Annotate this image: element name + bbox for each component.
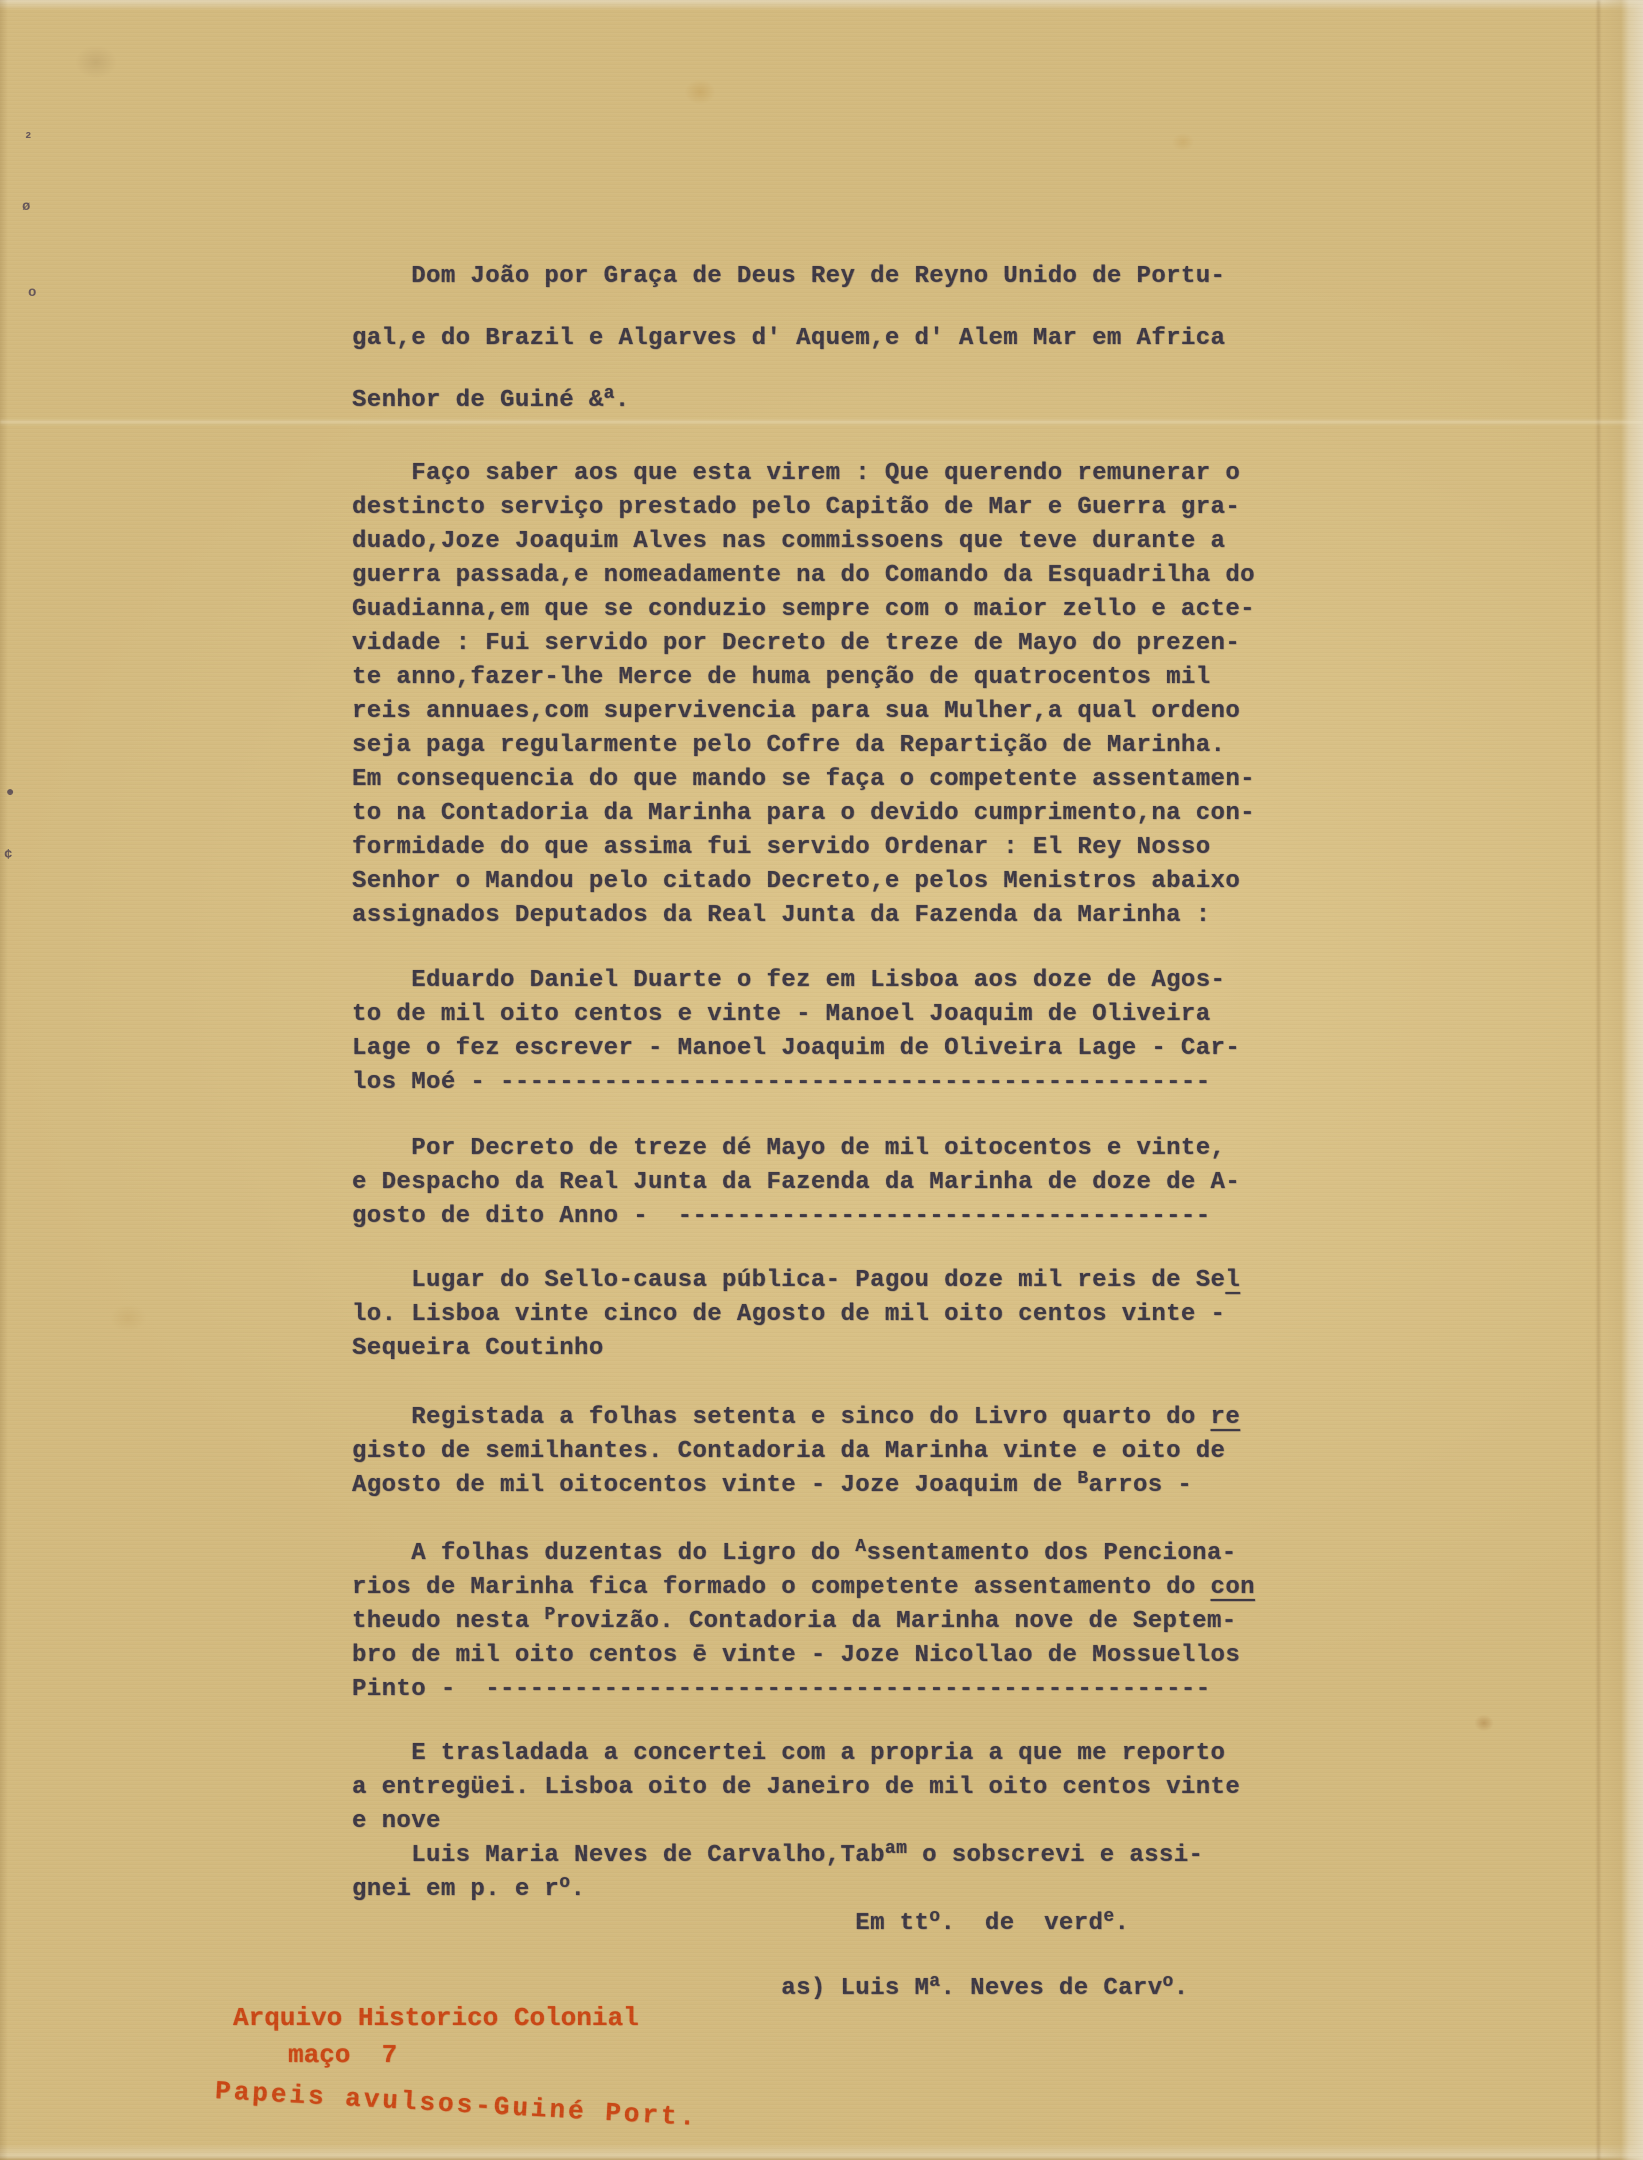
paper-speck: ●: [6, 786, 14, 800]
text-line: Agosto de mil oitocentos vinte - Joze Jo…: [352, 1469, 1643, 1503]
text-line: Registada a folhas setenta e sinco do Li…: [352, 1401, 1643, 1435]
text-line: as) Luis Ma. Neves de Carvo.: [352, 1972, 1643, 2006]
text-line: lo. Lisboa vinte cinco de Agosto de mil …: [352, 1298, 1643, 1332]
text-line: gosto de dito Anno - -------------------…: [352, 1200, 1643, 1234]
text-line: bro de mil oito centos ē vinte - Joze Ni…: [352, 1639, 1643, 1673]
text-line: e nove: [352, 1805, 1643, 1839]
text-line: formidade do que assima fui servido Orde…: [352, 831, 1643, 865]
text-line: gnei em p. e ro.: [352, 1873, 1643, 1907]
stamp-bundle-number: maço 7: [288, 2040, 397, 2070]
text-line: to na Contadoria da Marinha para o devid…: [352, 797, 1643, 831]
stamp-collection-name: Papeis avulsos-Guiné Port.: [214, 2076, 699, 2133]
text-line: gal,e do Brazil e Algarves d' Aquem,e d'…: [352, 308, 1643, 370]
document-text: Dom João por Graça de Deus Rey de Reyno …: [352, 246, 1643, 2006]
text-line: Pinto - --------------------------------…: [352, 1673, 1643, 1707]
text-line: destincto serviço prestado pelo Capitão …: [352, 491, 1643, 525]
paper-speck: ²: [24, 132, 32, 146]
text-line: E trasladada a concertei com a propria a…: [352, 1737, 1643, 1771]
text-line: guerra passada,e nomeadamente na do Coma…: [352, 559, 1643, 593]
text-line: to de mil oito centos e vinte - Manoel J…: [352, 998, 1643, 1032]
text-line: theudo nesta Provizão. Contadoria da Mar…: [352, 1605, 1643, 1639]
text-line: rios de Marinha fica formado o competent…: [352, 1571, 1643, 1605]
text-line: Faço saber aos que esta virem : Que quer…: [352, 457, 1643, 491]
paper-speck: ¢: [4, 848, 12, 862]
text-line: Senhor o Mandou pelo citado Decreto,e pe…: [352, 865, 1643, 899]
text-line: reis annuaes,com supervivencia para sua …: [352, 695, 1643, 729]
assentamento-paragraph: A folhas duzentas do Ligro do Assentamen…: [352, 1537, 1643, 1707]
text-line: seja paga regularmente pelo Cofre da Rep…: [352, 729, 1643, 763]
registration-paragraph: Registada a folhas setenta e sinco do Li…: [352, 1401, 1643, 1503]
text-line: Por Decreto de treze dé Mayo de mil oito…: [352, 1132, 1643, 1166]
attestation-paragraph: E trasladada a concertei com a propria a…: [352, 1737, 1643, 1907]
witness-formula: Em tto. de verde.: [352, 1907, 1643, 1941]
paper-speck: ø: [22, 200, 30, 214]
decree-reference: Por Decreto de treze dé Mayo de mil oito…: [352, 1132, 1643, 1234]
text-line: Luis Maria Neves de Carvalho,Tabam o sob…: [352, 1839, 1643, 1873]
text-line: te anno,fazer-lhe Merce de huma penção d…: [352, 661, 1643, 695]
paper-speck: o: [28, 286, 36, 300]
text-line: Lage o fez escrever - Manoel Joaquim de …: [352, 1032, 1643, 1066]
text-line: Em tto. de verde.: [352, 1907, 1643, 1941]
royal-heading: Dom João por Graça de Deus Rey de Reyno …: [352, 246, 1643, 432]
text-line: A folhas duzentas do Ligro do Assentamen…: [352, 1537, 1643, 1571]
text-line: Senhor de Guiné &a.: [352, 370, 1643, 432]
text-line: a entregüei. Lisboa oito de Janeiro de m…: [352, 1771, 1643, 1805]
text-line: assignados Deputados da Real Junta da Fa…: [352, 899, 1643, 933]
text-line: vidade : Fui servido por Decreto de trez…: [352, 627, 1643, 661]
text-line: los Moé - ------------------------------…: [352, 1066, 1643, 1100]
text-line: Eduardo Daniel Duarte o fez em Lisboa ao…: [352, 964, 1643, 998]
text-line: duado,Joze Joaquim Alves nas commissoens…: [352, 525, 1643, 559]
document-page: Dom João por Graça de Deus Rey de Reyno …: [0, 0, 1643, 2160]
text-line: Lugar do Sello-causa pública- Pagou doze…: [352, 1264, 1643, 1298]
text-line: Em consequencia do que mando se faça o c…: [352, 763, 1643, 797]
stamp-archive-name: Arquivo Historico Colonial: [233, 2003, 639, 2033]
text-line: Dom João por Graça de Deus Rey de Reyno …: [352, 246, 1643, 308]
text-line: Guadianna,em que se conduzio sempre com …: [352, 593, 1643, 627]
execution-paragraph: Eduardo Daniel Duarte o fez em Lisboa ao…: [352, 964, 1643, 1100]
stamp-duty-paragraph: Lugar do Sello-causa pública- Pagou doze…: [352, 1264, 1643, 1366]
text-line: Sequeira Coutinho: [352, 1332, 1643, 1366]
text-line: gisto de semilhantes. Contadoria da Mari…: [352, 1435, 1643, 1469]
text-line: e Despacho da Real Junta da Fazenda da M…: [352, 1166, 1643, 1200]
grant-paragraph: Faço saber aos que esta virem : Que quer…: [352, 457, 1643, 933]
signature-line: as) Luis Ma. Neves de Carvo.: [352, 1972, 1643, 2006]
